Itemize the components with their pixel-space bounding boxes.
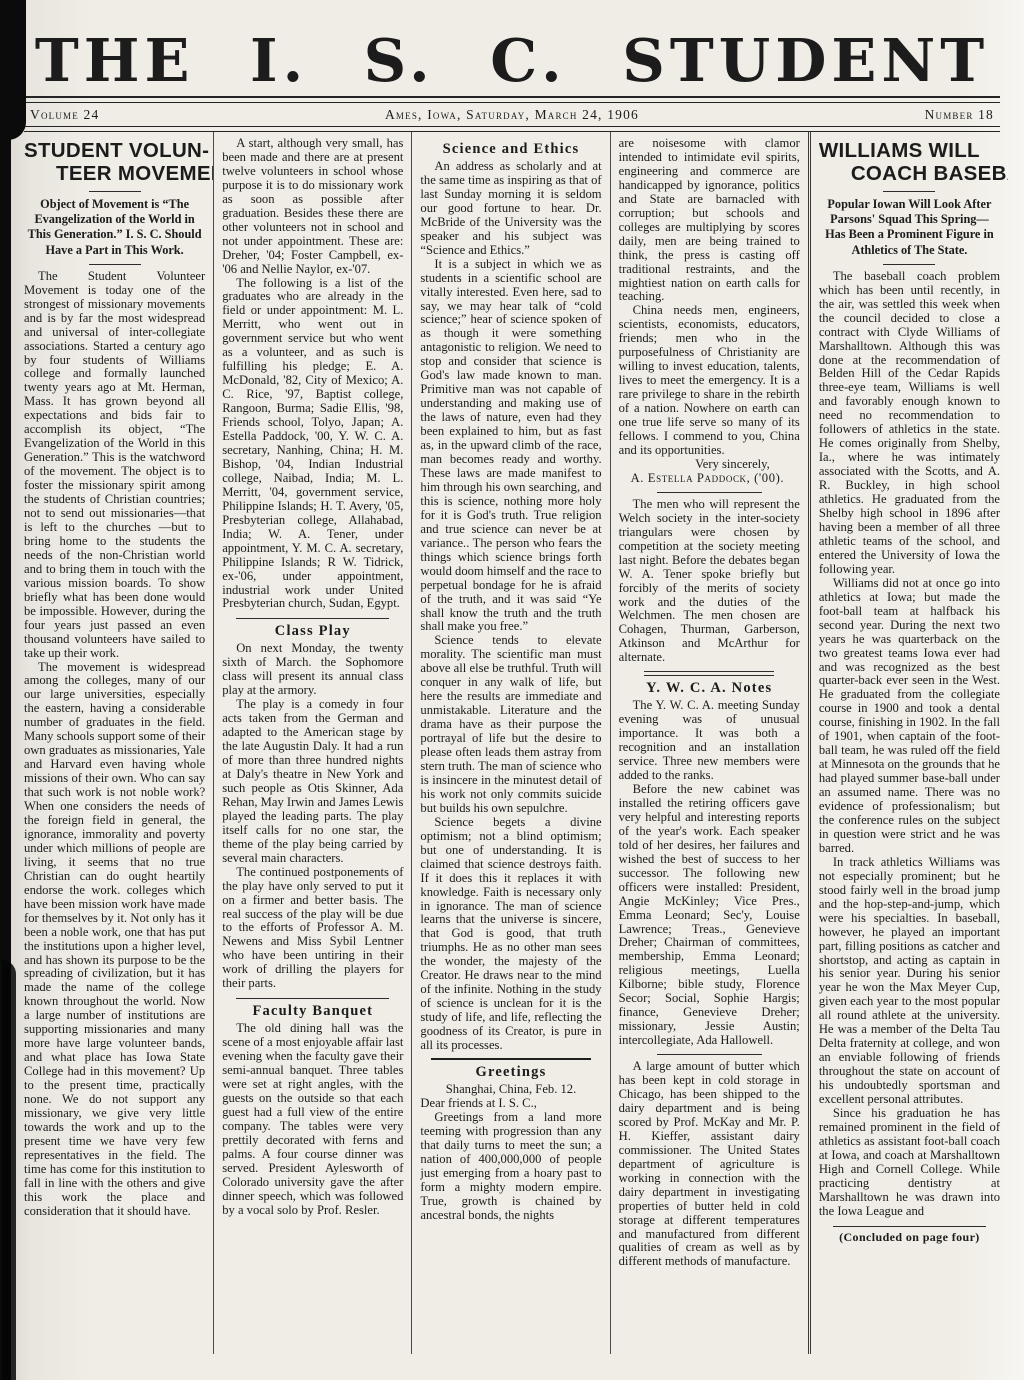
scan-smudge-bottom-left (2, 960, 16, 1380)
paragraph: On next Monday, the twenty sixth of Marc… (222, 642, 403, 698)
letter-salutation: Dear friends at I. S. C., (420, 1097, 601, 1111)
headline-line: COACH BASEBALL (819, 162, 1000, 185)
paragraph: Williams did not at once go into athleti… (819, 577, 1000, 856)
paragraph: Before the new cabinet was installed the… (619, 783, 800, 1048)
headline-line: TEER MOVEMENT (24, 162, 205, 185)
dateline-row: Volume 24 Ames, Iowa, Saturday, March 24… (0, 103, 1024, 126)
paragraph: The Y. W. C. A. meeting Sunday evening w… (619, 699, 800, 783)
paragraph: China needs men, engineers, scientists, … (619, 304, 800, 457)
divider-rule (431, 1058, 591, 1060)
paragraph: Science tends to elevate morality. The s… (420, 634, 601, 815)
divider-rule (833, 1226, 986, 1227)
article-subhead: Object of Movement is “The Evangelizatio… (26, 197, 203, 258)
divider-rule (657, 492, 762, 493)
paragraph: The men who will represent the Welch soc… (619, 498, 800, 665)
article-headline-williams-coach: WILLIAMS WILL COACH BASEBALL (819, 139, 1000, 185)
divider-rule (883, 191, 935, 192)
article-headline-volunteer-movement: STUDENT VOLUN- TEER MOVEMENT (24, 139, 205, 185)
paragraph: An address as scholarly and at the same … (420, 160, 601, 258)
divider-rule (236, 998, 389, 999)
divider-rule (883, 264, 935, 265)
column-3: Science and Ethics An address as scholar… (412, 132, 610, 1354)
divider-rule (657, 1054, 762, 1055)
paragraph: A start, although very small, has been m… (222, 137, 403, 277)
issue-dateline: Ames, Iowa, Saturday, March 24, 1906 (99, 107, 924, 123)
column-5: WILLIAMS WILL COACH BASEBALL Popular Iow… (811, 132, 1008, 1354)
divider-rule (644, 671, 774, 676)
paragraph: The movement is widespread among the col… (24, 661, 205, 1219)
scan-corner-top-left (0, 0, 26, 140)
masthead: THE I. S. C. STUDENT Volume 24 Ames, Iow… (0, 0, 1024, 132)
letter-dateline: Shanghai, China, Feb. 12. (420, 1083, 601, 1097)
paragraph: Greetings from a land more teeming with … (420, 1111, 601, 1223)
divider-rule (89, 264, 141, 265)
column-1: STUDENT VOLUN- TEER MOVEMENT Object of M… (16, 132, 214, 1354)
divider-rule (24, 96, 1000, 103)
section-heading-ywca-notes: Y. W. C. A. Notes (619, 680, 800, 697)
paragraph: The following is a list of the graduates… (222, 277, 403, 612)
article-subhead: Popular Iowan Will Look After Parsons' S… (821, 197, 998, 258)
paragraph: A large amount of butter which has been … (619, 1060, 800, 1269)
column-4: are noisesome with clamor intended to in… (611, 132, 811, 1354)
letter-closing: Very sincerely, (619, 458, 800, 472)
letter-signature: A. Estella Paddock, ('00). (619, 472, 800, 486)
paragraph: The continued postponements of the play … (222, 866, 403, 992)
paragraph: It is a subject in which we as students … (420, 258, 601, 635)
paragraph: The old dining hall was the scene of a m… (222, 1022, 403, 1217)
column-2: A start, although very small, has been m… (214, 132, 412, 1354)
section-heading-faculty-banquet: Faculty Banquet (222, 1003, 403, 1020)
headline-line: STUDENT VOLUN- (24, 139, 205, 162)
divider-rule (236, 618, 389, 619)
section-heading-class-play: Class Play (222, 623, 403, 640)
section-heading-science-ethics: Science and Ethics (420, 141, 601, 158)
newspaper-title: THE I. S. C. STUDENT (0, 26, 1024, 96)
volume-label: Volume 24 (30, 107, 99, 123)
paragraph: The play is a comedy in four acts taken … (222, 698, 403, 865)
section-heading-greetings: Greetings (420, 1064, 601, 1081)
paragraph: The baseball coach problem which has bee… (819, 270, 1000, 577)
headline-line: WILLIAMS WILL (819, 139, 1000, 162)
column-grid: STUDENT VOLUN- TEER MOVEMENT Object of M… (16, 132, 1008, 1354)
paragraph: In track athletics Williams was not espe… (819, 856, 1000, 1107)
continued-note: (Concluded on page four) (819, 1230, 1000, 1245)
paragraph: are noisesome with clamor intended to in… (619, 137, 800, 304)
divider-rule (89, 191, 141, 192)
number-label: Number 18 (925, 107, 994, 123)
paragraph: The Student Volunteer Movement is today … (24, 270, 205, 661)
newspaper-page: THE I. S. C. STUDENT Volume 24 Ames, Iow… (0, 0, 1024, 1380)
paragraph: Since his graduation he has remained pro… (819, 1107, 1000, 1219)
paragraph: Science begets a divine optimism; not a … (420, 816, 601, 1053)
